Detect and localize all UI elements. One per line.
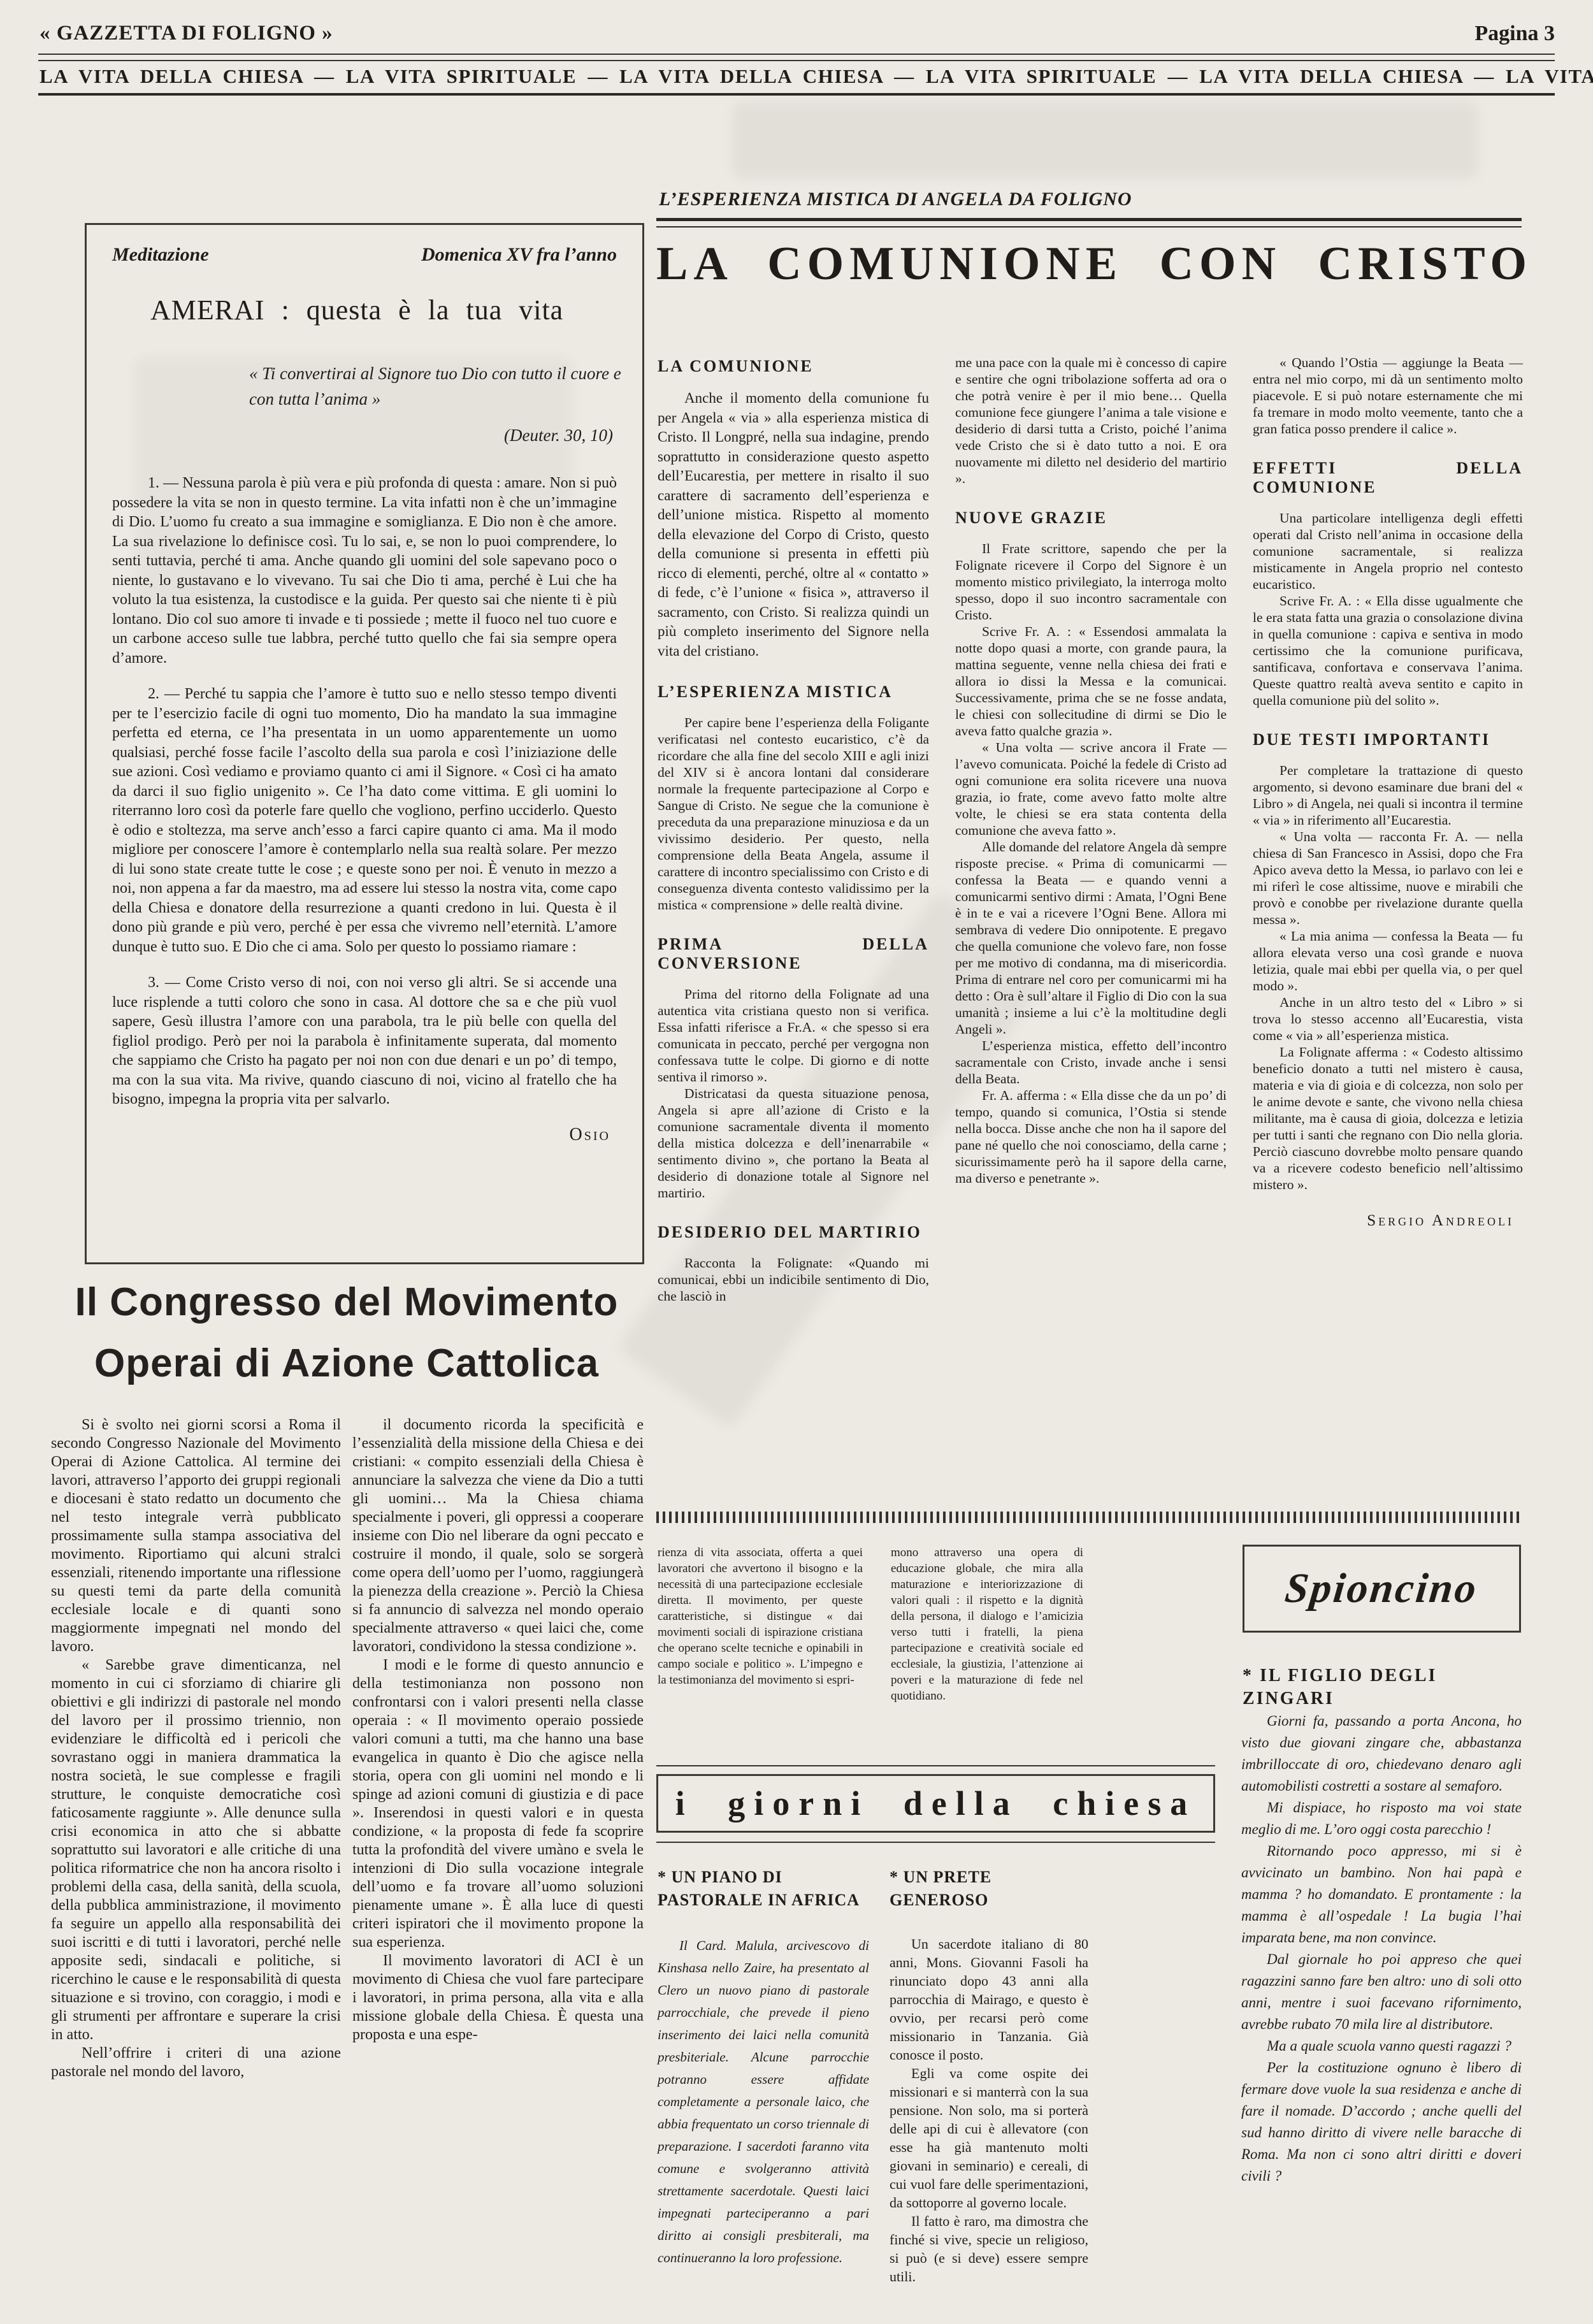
giorni-title: i giorni della chiesa bbox=[675, 1784, 1197, 1823]
giorni-right-heading: * UN PRETE GENEROSO bbox=[890, 1866, 1088, 1912]
meditazione-box: Meditazione Domenica XV fra l’anno AMERA… bbox=[85, 223, 644, 1264]
spioncino-paragraph: Per la costituzione ognuno è libero di f… bbox=[1241, 2057, 1522, 2187]
kicker-rule bbox=[656, 218, 1522, 227]
article-paragraph: Per completare la trattazione di questo … bbox=[1253, 762, 1523, 828]
meditazione-quote-ref: (Deuter. 30, 10) bbox=[112, 426, 617, 445]
article-paragraph: Una particolare intelligenza degli effet… bbox=[1253, 510, 1523, 593]
giorni-rule-top bbox=[656, 1765, 1215, 1766]
article-signature: Sergio Andreoli bbox=[1253, 1212, 1523, 1230]
congresso-paragraph: I modi e le forme di questo annuncio e d… bbox=[352, 1656, 644, 1952]
spioncino-title: Spioncino bbox=[1283, 1564, 1480, 1613]
spioncino-title-box: Spioncino bbox=[1243, 1545, 1521, 1633]
article-paragraph: Prima del ritorno della Folignate ad una… bbox=[658, 986, 929, 1085]
article-paragraph: « La mia anima — confessa la Beata — fu … bbox=[1253, 928, 1523, 994]
congresso-headline: Il Congresso del Movimento Operai di Azi… bbox=[50, 1272, 644, 1394]
section-heading: NUOVE GRAZIE bbox=[955, 509, 1227, 528]
spioncino-paragraph: Dal giornale ho poi appreso che quei rag… bbox=[1241, 1949, 1522, 2035]
article-paragraph: La Folignate afferma : « Codesto altissi… bbox=[1253, 1044, 1523, 1193]
article-paragraph: Scrive Fr. A. : « Ella disse ugualmente … bbox=[1253, 593, 1523, 709]
header-rule bbox=[38, 54, 1555, 61]
article-paragraph: Alle domande del relatore Angela dà semp… bbox=[955, 839, 1227, 1037]
meditazione-dateline: Domenica XV fra l’anno bbox=[421, 244, 617, 266]
article-paragraph: Racconta la Folignate: «Quando mi comuni… bbox=[658, 1255, 929, 1304]
giorni-paragraph: Un sacerdote italiano di 80 anni, Mons. … bbox=[890, 1935, 1088, 2064]
meditazione-quote: « Ti convertirai al Signore tuo Dio con … bbox=[249, 361, 625, 412]
giorni-title-box: i giorni della chiesa bbox=[656, 1774, 1215, 1833]
congresso-headline-line1: Il Congresso del Movimento bbox=[50, 1272, 644, 1333]
spioncino-heading: * IL FIGLIO DEGLI ZINGARI bbox=[1243, 1664, 1521, 1710]
congresso-paragraph: Si è svolto nei giorni scorsi a Roma il … bbox=[51, 1416, 341, 1656]
article-paragraph: Fr. A. afferma : « Ella disse che da un … bbox=[955, 1087, 1227, 1187]
congresso-paragraph: mono attraverso una opera di educazione … bbox=[891, 1545, 1083, 1704]
congresso-column-left: Si è svolto nei giorni scorsi a Roma il … bbox=[51, 1416, 341, 2320]
meditazione-title: AMERAI : questa è la tua vita bbox=[112, 294, 617, 326]
meditazione-paragraph: 2. — Perché tu sappia che l’amore è tutt… bbox=[112, 684, 617, 956]
article-paragraph: « Una volta — racconta Fr. A. — nella ch… bbox=[1253, 828, 1523, 928]
section-heading: L’ESPERIENZA MISTICA bbox=[658, 682, 929, 702]
page-number: Pagina 3 bbox=[1364, 22, 1555, 46]
banner-rule bbox=[38, 93, 1555, 96]
meditazione-signature: Osio bbox=[112, 1125, 617, 1145]
masthead: « GAZZETTA DI FOLIGNO » bbox=[40, 22, 333, 45]
spioncino-paragraph: Ma a quale scuola vanno questi ragazzi ? bbox=[1241, 2035, 1522, 2057]
giorni-paragraph: Il fatto è raro, ma dimostra che finché … bbox=[890, 2212, 1088, 2286]
giorni-left-heading: * UN PIANO DI PASTORALE IN AFRICA bbox=[658, 1866, 869, 1912]
congresso-paragraph: Il movimento lavoratori di ACI è un movi… bbox=[352, 1952, 644, 2044]
giorni-section-right: * UN PRETE GENEROSO Un sacerdote italian… bbox=[890, 1866, 1088, 2286]
meditazione-paragraph: 1. — Nessuna parola è più vera e più pro… bbox=[112, 473, 617, 668]
article-paragraph: « Quando l’Ostia — aggiunge la Beata — e… bbox=[1253, 354, 1523, 437]
congresso-headline-line2: Operai di Azione Cattolica bbox=[50, 1333, 644, 1394]
newspaper-page: « GAZZETTA DI FOLIGNO » Pagina 3 LA VITA… bbox=[0, 0, 1593, 2324]
article-paragraph: Il Frate scrittore, sapendo che per la F… bbox=[955, 540, 1227, 623]
spioncino-paragraph: Ritornando poco appresso, mi si è avvici… bbox=[1241, 1840, 1522, 1949]
section-heading: EFFETTI DELLA COMUNIONE bbox=[1253, 459, 1523, 497]
section-heading: LA COMUNIONE bbox=[658, 357, 929, 376]
meditazione-rubric: Meditazione bbox=[112, 244, 209, 266]
article-paragraph: me una pace con la quale mi è concesso d… bbox=[955, 354, 1227, 487]
congresso-continuation-b: mono attraverso una opera di educazione … bbox=[891, 1545, 1083, 1704]
section-heading: DESIDERIO DEL MARTIRIO bbox=[658, 1223, 929, 1242]
spioncino-paragraph: Giorni fa, passando a porta Ancona, ho v… bbox=[1241, 1710, 1522, 1797]
giorni-paragraph: Egli va come ospite dei missionari e si … bbox=[890, 2064, 1088, 2212]
article-paragraph: Scrive Fr. A. : « Essendosi ammalata la … bbox=[955, 623, 1227, 739]
section-heading: DUE TESTI IMPORTANTI bbox=[1253, 730, 1523, 749]
article-column-3: « Quando l’Ostia — aggiunge la Beata — e… bbox=[1253, 354, 1523, 1503]
article-paragraph: Per capire bene l’esperienza della Folig… bbox=[658, 714, 929, 913]
congresso-paragraph: rienza di vita associata, offerta a quei… bbox=[658, 1545, 863, 1688]
hatched-divider bbox=[656, 1512, 1522, 1523]
article-paragraph: Districatasi da questa situazione penosa… bbox=[658, 1085, 929, 1201]
giorni-section-left: * UN PIANO DI PASTORALE IN AFRICA Il Car… bbox=[658, 1866, 869, 2269]
congresso-column-right: il documento ricorda la specificità e l’… bbox=[352, 1416, 644, 2320]
article-paragraph: Anche in un altro testo del « Libro » si… bbox=[1253, 994, 1523, 1044]
bleed-through-artifact bbox=[733, 102, 1478, 178]
article-headline: LA COMUNIONE CON CRISTO bbox=[656, 237, 1522, 291]
article-kicker: L’ESPERIENZA MISTICA DI ANGELA DA FOLIGN… bbox=[659, 189, 1132, 210]
article-column-2: me una pace con la quale mi è concesso d… bbox=[955, 354, 1227, 1503]
spioncino-paragraph: Mi dispiace, ho risposto ma voi state me… bbox=[1241, 1797, 1522, 1840]
congresso-paragraph: « Sarebbe grave dimenticanza, nel moment… bbox=[51, 1656, 341, 2044]
article-paragraph: L’esperienza mistica, effetto dell’incon… bbox=[955, 1037, 1227, 1087]
giorni-rule-bottom bbox=[656, 1842, 1215, 1843]
section-heading: PRIMA DELLA CONVERSIONE bbox=[658, 935, 929, 973]
section-banner: LA VITA DELLA CHIESA — LA VITA SPIRITUAL… bbox=[40, 65, 1556, 88]
congresso-paragraph: il documento ricorda la specificità e l’… bbox=[352, 1416, 644, 1656]
spioncino-body: Giorni fa, passando a porta Ancona, ho v… bbox=[1241, 1710, 1522, 2187]
congresso-paragraph: Nell’offrire i criteri di una azione pas… bbox=[51, 2044, 341, 2081]
article-column-1: LA COMUNIONE Anche il momento della comu… bbox=[658, 354, 929, 1503]
giorni-paragraph: Il Card. Malula, arcivescovo di Kinshasa… bbox=[658, 1935, 869, 2269]
article-paragraph: « Una volta — scrive ancora il Frate — l… bbox=[955, 739, 1227, 839]
meditazione-paragraph: 3. — Come Cristo verso di noi, con noi v… bbox=[112, 973, 617, 1109]
article-paragraph: Anche il momento della comunione fu per … bbox=[658, 389, 929, 661]
congresso-continuation-a: rienza di vita associata, offerta a quei… bbox=[658, 1545, 863, 1688]
